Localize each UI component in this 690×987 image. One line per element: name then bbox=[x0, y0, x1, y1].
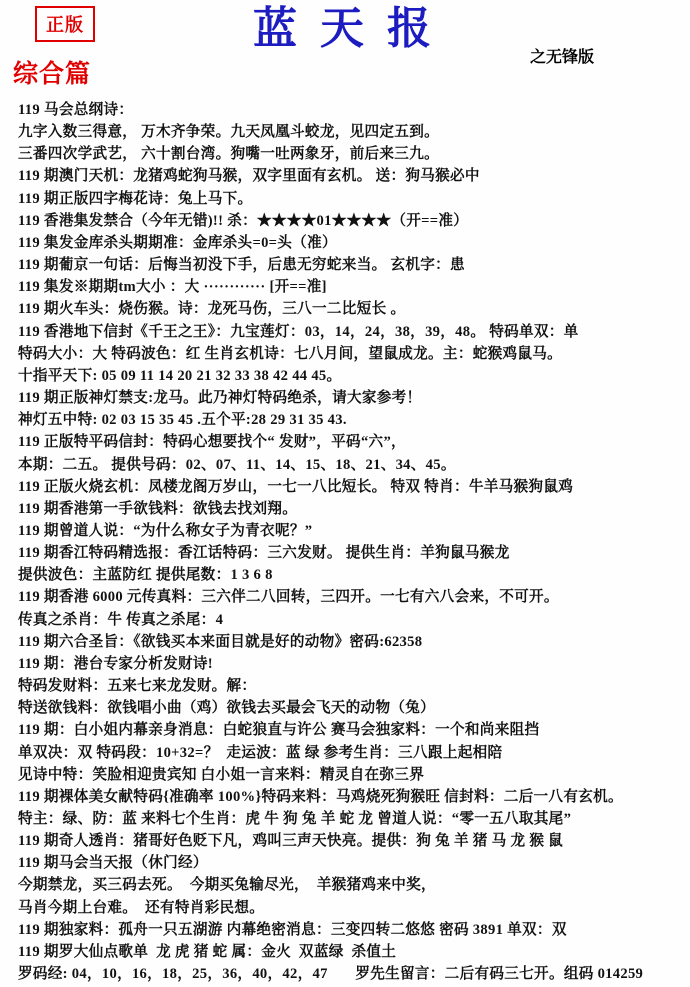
text-line: 十指平天下: 05 09 11 14 20 21 32 33 38 42 44 … bbox=[18, 365, 680, 387]
text-line: 见诗中特：笑脸相迎贵宾知 白小姐一言来料：精灵自在弥三界 bbox=[18, 764, 680, 786]
text-line: 119 香港集发禁合（今年无错)!! 杀：★★★★01★★★★（开==准） bbox=[18, 210, 680, 232]
text-line: 119 期正版四字梅花诗：兔上马下。 bbox=[18, 188, 680, 210]
text-line: 119 期独家料：孤舟一只五湖游 内幕绝密消息：三变四转二悠悠 密码 3891 … bbox=[18, 919, 680, 941]
text-line: 119 香港地下信封《千王之王》：九宝莲灯：03，14，24，38，39，48。… bbox=[18, 321, 680, 343]
text-line: 119 期：白小姐内幕亲身消息：白蛇狼直与许公 赛马会独家料：一个和尚来阻挡 bbox=[18, 719, 680, 741]
text-line: 119 期六合圣旨：《欲钱买本来面目就是好的动物》密码:62358 bbox=[18, 631, 680, 653]
text-line: 特码发财料：五来七来龙发财。解： bbox=[18, 675, 680, 697]
text-line: 传真之杀肖：牛 传真之杀尾：4 bbox=[18, 609, 680, 631]
text-line: 今期禁龙，买三码去死。 今期买兔输尽光， 羊猴猪鸡来中奖， bbox=[18, 874, 680, 896]
text-line: 罗码经: 04，10，16，18，25，36，40，42，47 罗先生留言：二后… bbox=[18, 963, 680, 985]
section-title: 综合篇 bbox=[13, 54, 91, 90]
text-line: 119 期奇人透肖：猪哥好色贬下凡，鸡叫三声天快亮。提供：狗 兔 羊 猪 马 龙… bbox=[18, 830, 680, 852]
text-line: 119 期罗大仙点歌单 龙 虎 猪 蛇 属：金火 双蓝绿 杀值土 bbox=[18, 941, 680, 963]
text-line: 特送欲钱料：欲钱唱小曲（鸡）欲钱去买最会飞天的动物（兔） bbox=[18, 697, 680, 719]
text-line: 马肖今期上台难。 还有特肖彩民想。 bbox=[18, 897, 680, 919]
text-line: 三番四次学武艺， 六十割台湾。狗嘴一吐两象牙，前后来三九。 bbox=[18, 143, 680, 165]
text-line: 本期：二五。 提供号码：02、07、11、14、15、18、21、34、45。 bbox=[18, 454, 680, 476]
text-line: 119 期香港第一手欲钱料：欲钱去找刘翔。 bbox=[18, 498, 680, 520]
text-line: 特主：绿、防：蓝 来料七个生肖：虎 牛 狗 兔 羊 蛇 龙 曾道人说：“零一五八… bbox=[18, 808, 680, 830]
text-line: 119 期曾道人说：“为什么称女子为青衣呢？” bbox=[18, 520, 680, 542]
article-body: 119 马会总纲诗： 九字入数三得意， 万木齐争荣。九天凤凰斗蛟龙，见四定五到。… bbox=[18, 99, 680, 985]
text-line: 119 期香江特码精选报：香江话特码：三六发财。 提供生肖：羊狗鼠马猴龙 bbox=[18, 542, 680, 564]
text-line: 119 正版特平码信封：特码心想要找个“ 发财”，平码“六”， bbox=[18, 431, 680, 453]
text-line: 119 正版火烧玄机：凤楼龙阁万岁山，一七一八比短长。 特双 特肖：牛羊马猴狗鼠… bbox=[18, 476, 680, 498]
text-line: 119 期：港台专家分析发财诗! bbox=[18, 653, 680, 675]
text-line: 提供波色：主蓝防红 提供尾数：1 3 6 8 bbox=[18, 564, 680, 586]
text-line: 119 期澳门天机：龙猪鸡蛇狗马猴，双字里面有玄机。 送：狗马猴必中 bbox=[18, 165, 680, 187]
text-line: 单双决：双 特码段：10+32=？ 走运波：蓝 绿 参考生肖：三八跟上起相陪 bbox=[18, 742, 680, 764]
text-line: 119 期裸体美女献特码{准确率 100%}特码来料：马鸡烧死狗猴旺 信封料：二… bbox=[18, 786, 680, 808]
text-line: 119 马会总纲诗： bbox=[18, 99, 680, 121]
text-line: 119 集发金库杀头期期准：金库杀头=0=头（准） bbox=[18, 232, 680, 254]
edition-label: 之无锋版 bbox=[530, 44, 594, 67]
newspaper-page: 正版 蓝 天 报 之无锋版 综合篇 119 马会总纲诗： 九字入数三得意， 万木… bbox=[0, 0, 690, 987]
text-line: 119 期火车头：烧伤猴。诗：龙死马伤，三八一二比短长 。 bbox=[18, 298, 680, 320]
text-line: 119 期葡京一句话：后悔当初没下手，后患无穷蛇来当。 玄机字：患 bbox=[18, 254, 680, 276]
text-line: 119 期正版神灯禁支:龙马。此乃神灯特码绝杀，请大家参考！ bbox=[18, 387, 680, 409]
text-line: 九字入数三得意， 万木齐争荣。九天凤凰斗蛟龙，见四定五到。 bbox=[18, 121, 680, 143]
text-line: 119 期马会当天报（休门经） bbox=[18, 852, 680, 874]
text-line: 神灯五中特: 02 03 15 35 45 .五个平:28 29 31 35 4… bbox=[18, 409, 680, 431]
text-line: 119 期香港 6000 元传真料：三六伴二八回转，三四开。一七有六八会来，不可… bbox=[18, 586, 680, 608]
text-line: 特码大小：大 特码波色：红 生肖玄机诗：七八月间，望鼠成龙。主：蛇猴鸡鼠马。 bbox=[18, 343, 680, 365]
text-line: 119 集发※期期tm大小 ：大 ············ [开==准] bbox=[18, 276, 680, 298]
